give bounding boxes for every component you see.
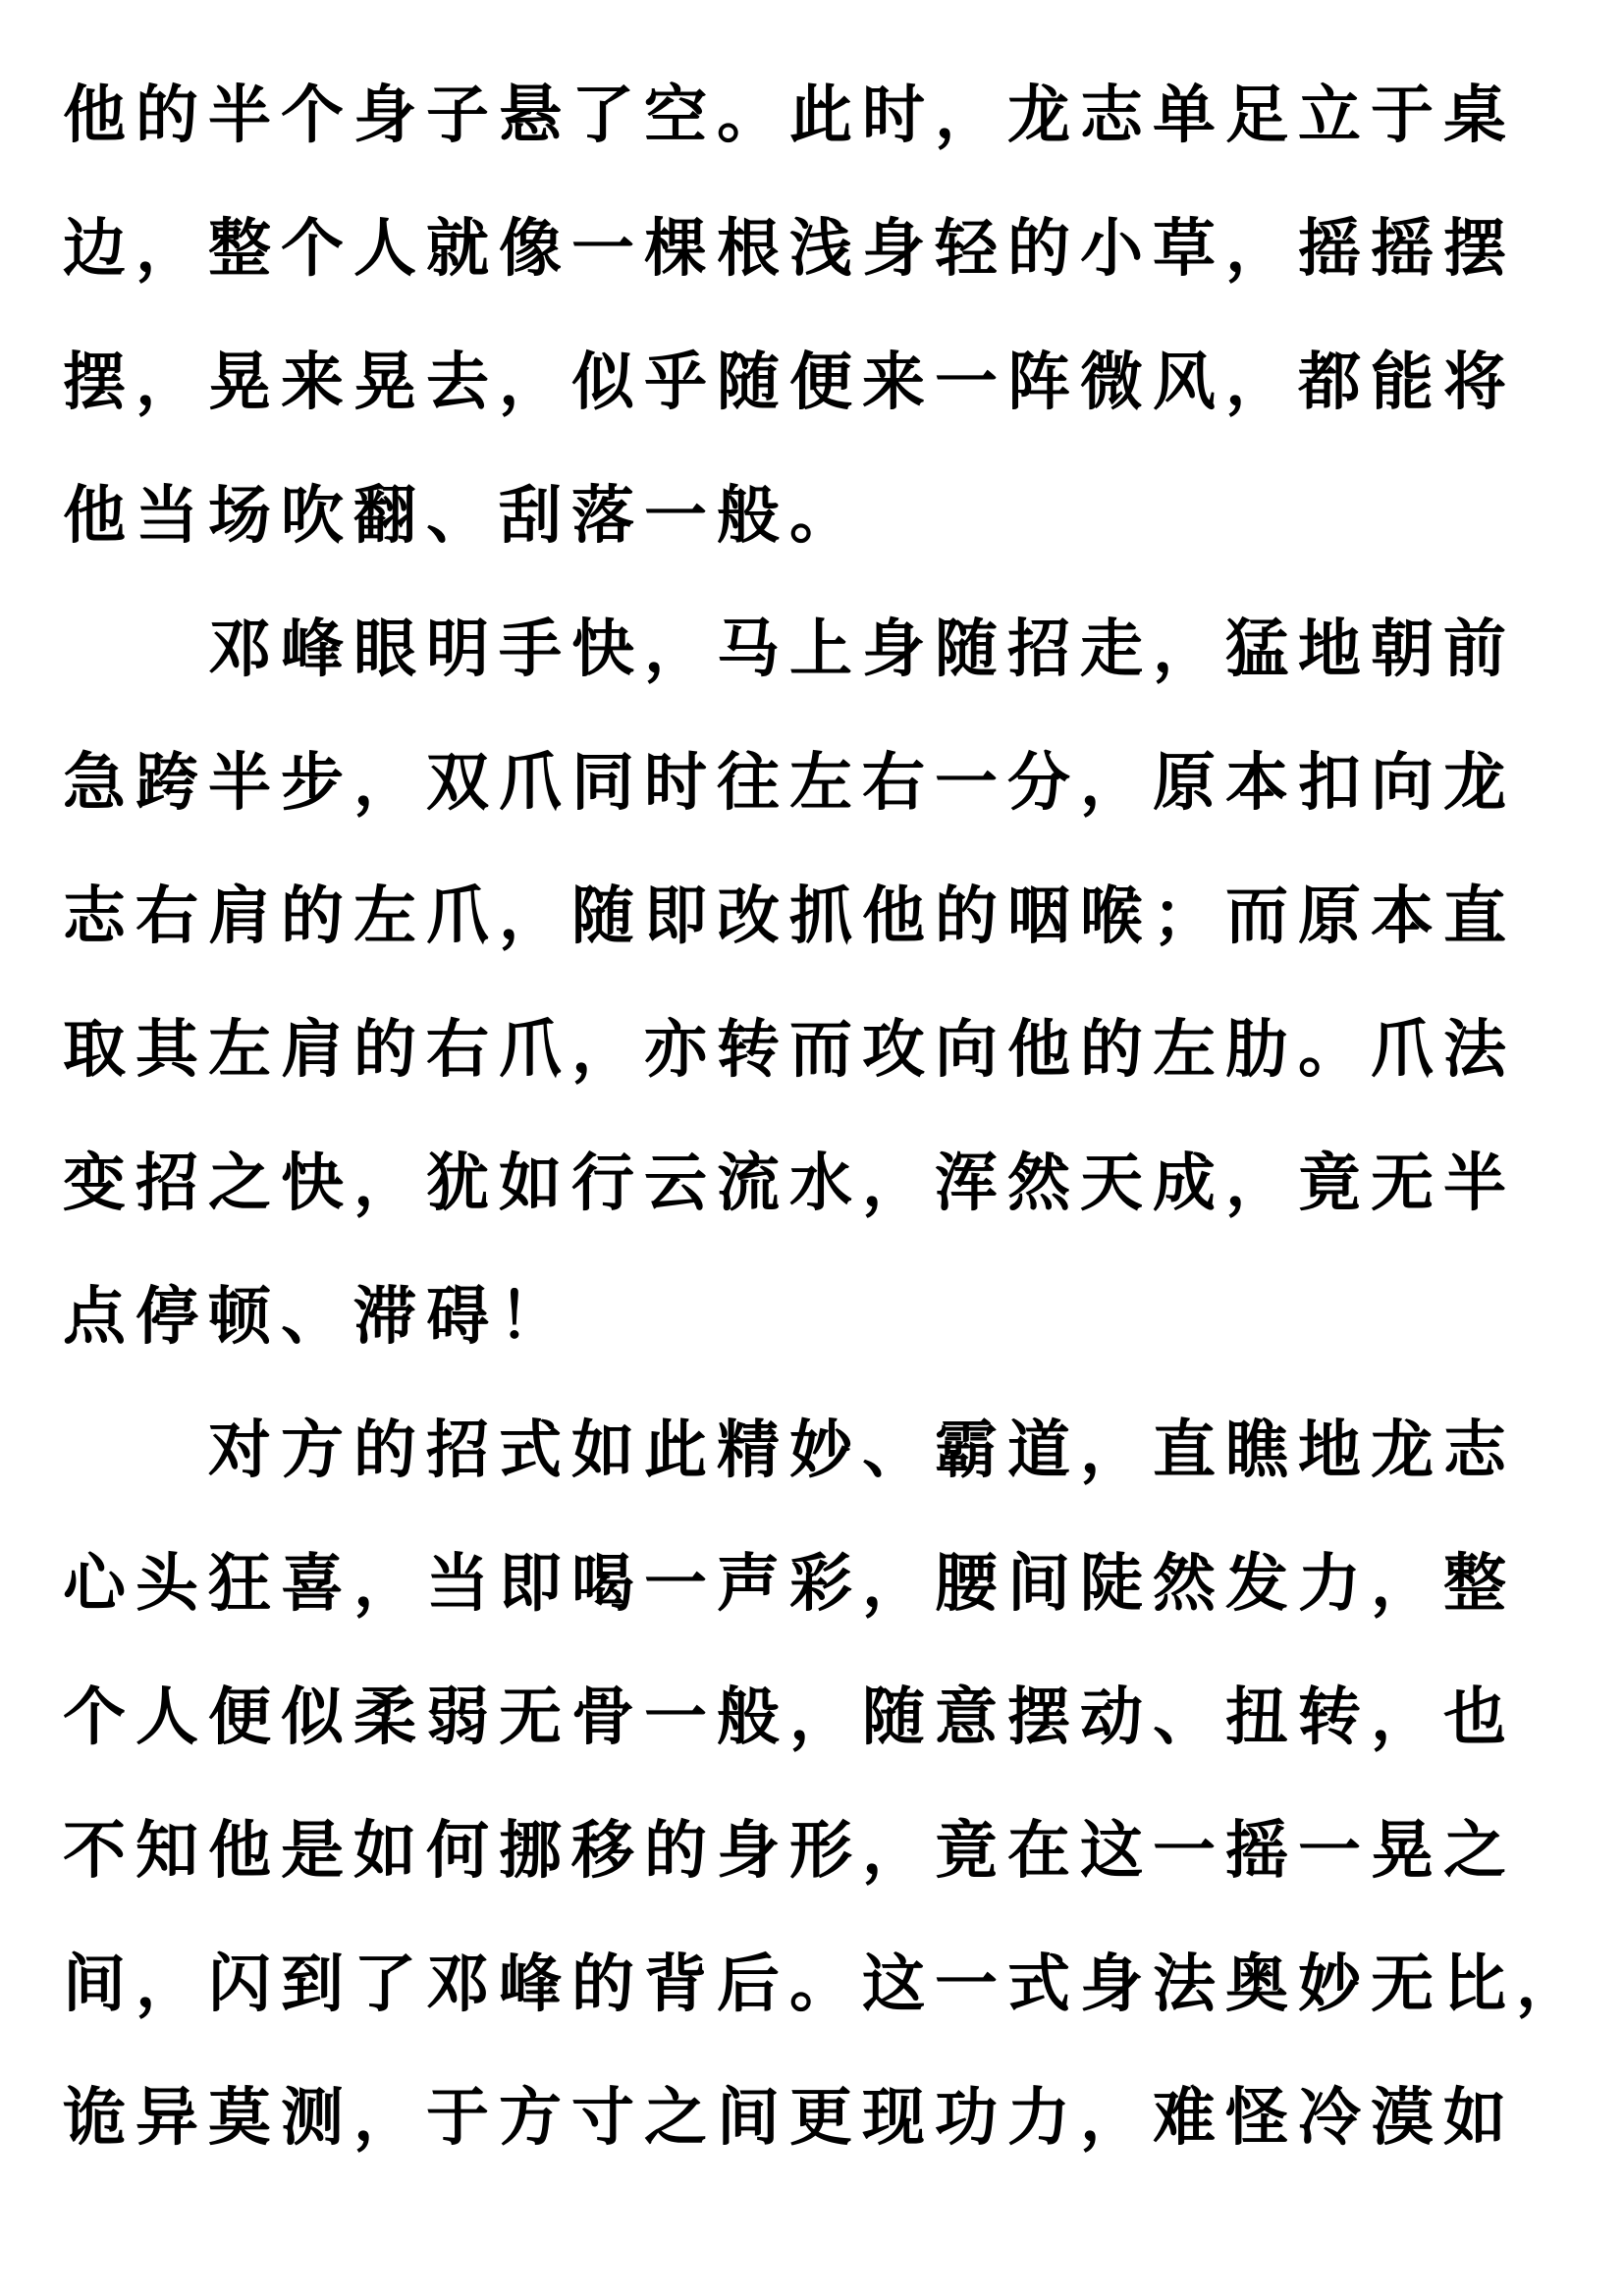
text-line: 变招之快，犹如行云流水，浑然天成，竟无半 [63,1117,1567,1251]
text-line: 不知他是如何挪移的身形，竟在这一摇一晃之 [63,1785,1567,1918]
text-lines: 他的半个身子悬了空。此时，龙志单足立于桌边，整个人就像一棵根浅身轻的小草，摇摇摆… [63,49,1567,2185]
text-line: 急跨半步，双爪同时往左右一分，原本扣向龙 [63,717,1567,850]
text-line: 间，闪到了邓峰的背后。这一式身法奥妙无比， [63,1918,1567,2052]
text-line: 他当场吹翻、刮落一般。 [63,450,1567,583]
text-line: 心头狂喜，当即喝一声彩，腰间陡然发力，整 [63,1518,1567,1651]
text-line: 个人便似柔弱无骨一般，随意摆动、扭转，也 [63,1651,1567,1785]
text-line: 他的半个身子悬了空。此时，龙志单足立于桌 [63,49,1567,183]
text-line: 对方的招式如此精妙、霸道，直瞧地龙志 [63,1384,1567,1518]
text-line: 志右肩的左爪，随即改抓他的咽喉；而原本直 [63,850,1567,984]
text-line: 取其左肩的右爪，亦转而攻向他的左肋。爪法 [63,984,1567,1117]
text-line: 诡异莫测，于方寸之间更现功力，难怪冷漠如 [63,2052,1567,2185]
text-line: 邓峰眼明手快，马上身随招走，猛地朝前 [63,583,1567,717]
text-line: 摆，晃来晃去，似乎随便来一阵微风，都能将 [63,316,1567,450]
text-line: 点停顿、滞碍！ [63,1251,1567,1384]
document-page: 他的半个身子悬了空。此时，龙志单足立于桌边，整个人就像一棵根浅身轻的小草，摇摇摆… [0,0,1624,2296]
text-line: 边，整个人就像一棵根浅身轻的小草，摇摇摆 [63,183,1567,316]
